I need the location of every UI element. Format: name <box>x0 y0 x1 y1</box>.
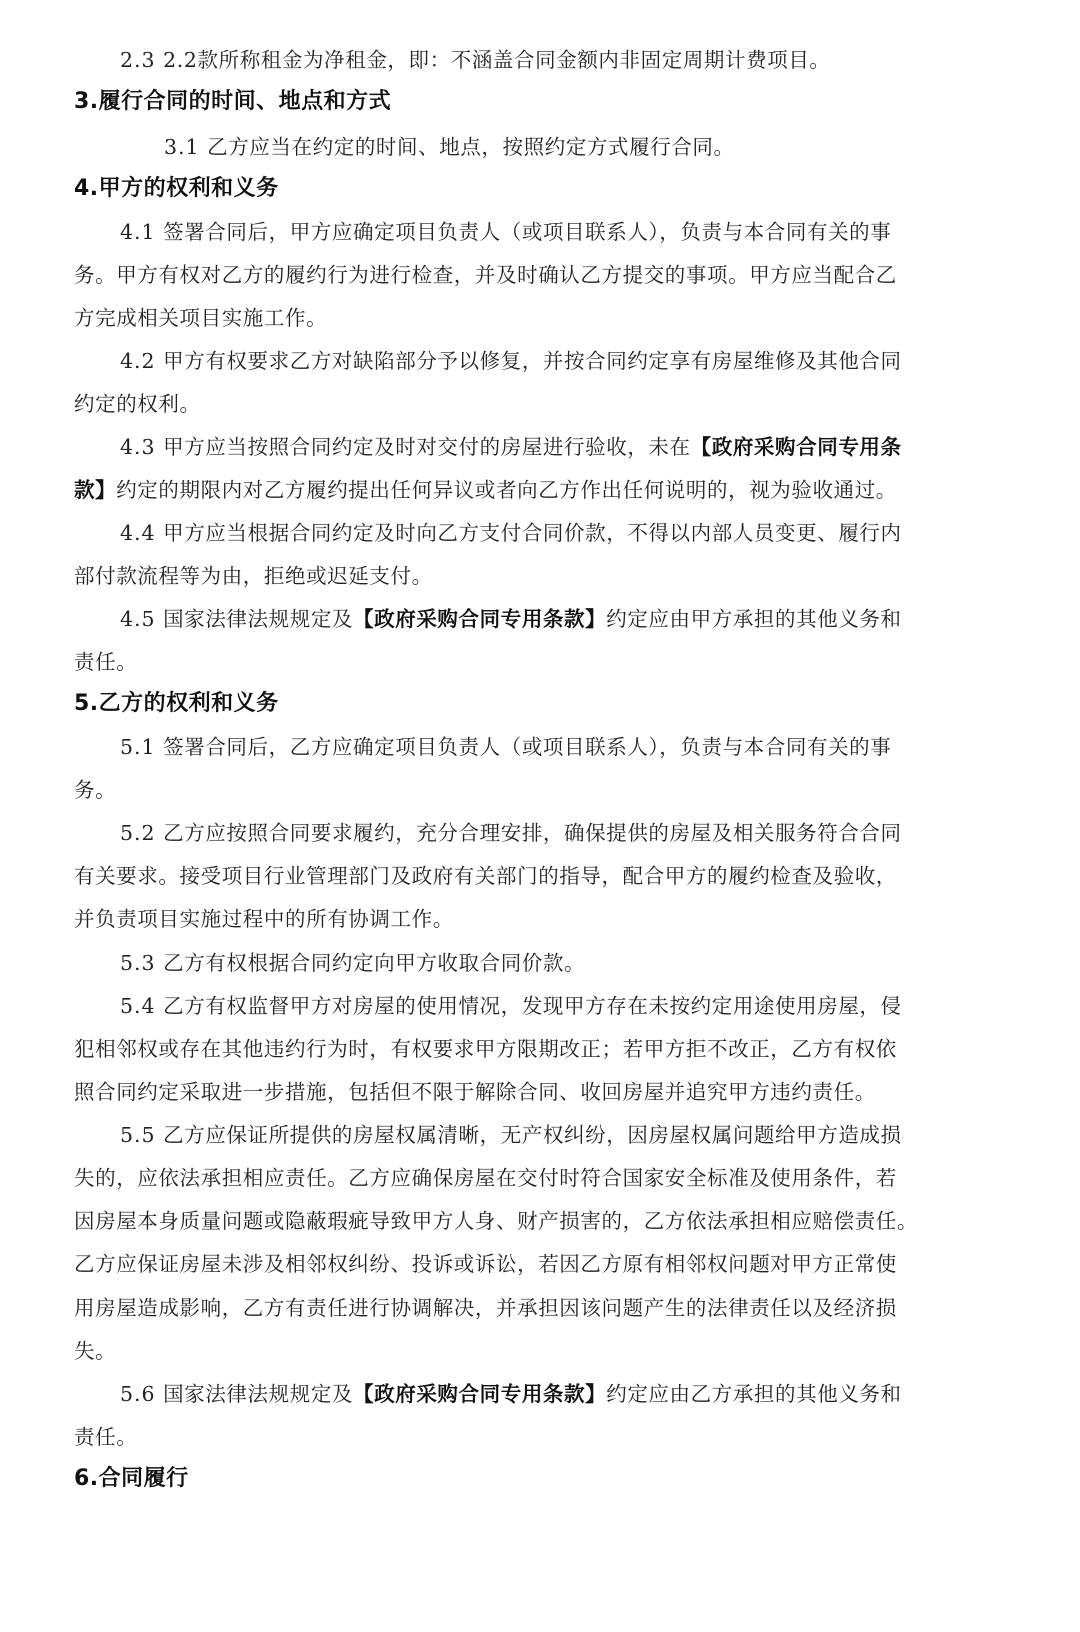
clause-5-5-cont: 乙方应保证房屋未涉及相邻权纠纷、投诉或诉讼，若因乙方原有相邻权问题对甲方正常使 <box>74 1250 897 1278</box>
clause-number: 5.3 <box>120 951 163 975</box>
clause-number: 4.4 <box>120 521 163 545</box>
section-heading-4: 4.甲方的权利和义务 <box>74 174 279 204</box>
clause-text: 约定应由乙方承担的其他义务和 <box>606 1382 901 1406</box>
clause-5-4-cont: 犯相邻权或存在其他违约行为时，有权要求甲方限期改正；若甲方拒不改正，乙方有权依 <box>74 1035 897 1063</box>
clause-2-3: 2.3 2.2款所称租金为净租金，即：不涵盖合同金额内非固定周期计费项目。 <box>120 46 831 74</box>
clause-4-1-cont: 方完成相关项目实施工作。 <box>74 304 327 332</box>
clause-5-5: 5.5 乙方应保证所提供的房屋权属清晰，无产权纠纷，因房屋权属问题给甲方造成损 <box>120 1121 902 1149</box>
clause-4-3-cont: 款】约定的期限内对乙方履约提出任何异议或者向乙方作出任何说明的，视为验收通过。 <box>74 476 897 504</box>
clause-4-2-cont: 约定的权利。 <box>74 390 201 418</box>
bold-reference: 款】 <box>74 478 116 502</box>
clause-text: 乙方应当在约定的时间、地点，按照约定方式履行合同。 <box>207 135 735 159</box>
clause-number: 4.5 <box>120 607 163 631</box>
clause-number: 5.5 <box>120 1123 163 1147</box>
clause-number: 4.3 <box>120 435 163 459</box>
clause-5-5-cont: 失。 <box>74 1337 116 1365</box>
clause-text: 约定应由甲方承担的其他义务和 <box>606 607 901 631</box>
clause-number: 5.1 <box>120 735 163 759</box>
clause-4-1-cont: 务。甲方有权对乙方的履约行为进行检查，并及时确认乙方提交的事项。甲方应当配合乙 <box>74 261 897 289</box>
clause-text: 甲方应当根据合同约定及时向乙方支付合同价款，不得以内部人员变更、履行内 <box>163 521 902 545</box>
clause-4-4: 4.4 甲方应当根据合同约定及时向乙方支付合同价款，不得以内部人员变更、履行内 <box>120 519 902 547</box>
clause-text: 国家法律法规规定及 <box>163 1382 353 1406</box>
clause-number: 2.3 <box>120 48 163 72</box>
clause-text: 签署合同后，甲方应确定项目负责人（或项目联系人），负责与本合同有关的事 <box>163 220 891 244</box>
clause-text: 乙方应保证所提供的房屋权属清晰，无产权纠纷，因房屋权属问题给甲方造成损 <box>163 1123 902 1147</box>
clause-text: 甲方应当按照合同约定及时对交付的房屋进行验收，未在 <box>163 435 691 459</box>
clause-4-5: 4.5 国家法律法规规定及【政府采购合同专用条款】约定应由甲方承担的其他义务和 <box>120 605 902 633</box>
clause-3-1: 3.1 乙方应当在约定的时间、地点，按照约定方式履行合同。 <box>164 133 735 161</box>
clause-text: 乙方应按照合同要求履约，充分合理安排，确保提供的房屋及相关服务符合合同 <box>163 821 902 845</box>
clause-number: 5.6 <box>120 1382 163 1406</box>
clause-4-4-cont: 部付款流程等为由，拒绝或迟延支付。 <box>74 562 433 590</box>
bold-reference: 【政府采购合同专用条 <box>691 435 902 459</box>
section-heading-5: 5.乙方的权利和义务 <box>74 689 279 719</box>
clause-5-3: 5.3 乙方有权根据合同约定向甲方收取合同价款。 <box>120 949 585 977</box>
clause-5-4: 5.4 乙方有权监督甲方对房屋的使用情况，发现甲方存在未按约定用途使用房屋，侵 <box>120 992 902 1020</box>
bold-reference: 【政府采购合同专用条款】 <box>353 1382 606 1406</box>
clause-5-5-cont: 失的，应依法承担相应责任。乙方应确保房屋在交付时符合国家安全标准及使用条件，若 <box>74 1164 897 1192</box>
clause-4-1: 4.1 签署合同后，甲方应确定项目负责人（或项目联系人），负责与本合同有关的事 <box>120 218 891 246</box>
clause-4-3: 4.3 甲方应当按照合同约定及时对交付的房屋进行验收，未在【政府采购合同专用条 <box>120 433 902 461</box>
clause-text: 约定的期限内对乙方履约提出任何异议或者向乙方作出任何说明的，视为验收通过。 <box>116 478 897 502</box>
clause-5-5-cont: 用房屋造成影响，乙方有责任进行协调解决，并承担因该问题产生的法律责任以及经济损 <box>74 1294 897 1322</box>
clause-5-2-cont: 有关要求。接受项目行业管理部门及政府有关部门的指导，配合甲方的履约检查及验收， <box>74 862 897 890</box>
clause-number: 3.1 <box>164 135 207 159</box>
clause-text: 国家法律法规规定及 <box>163 607 353 631</box>
clause-number: 5.4 <box>120 994 163 1018</box>
clause-5-5-cont: 因房屋本身质量问题或隐蔽瑕疵导致甲方人身、财产损害的，乙方依法承担相应赔偿责任。 <box>74 1207 918 1235</box>
clause-number: 5.2 <box>120 821 163 845</box>
clause-5-2: 5.2 乙方应按照合同要求履约，充分合理安排，确保提供的房屋及相关服务符合合同 <box>120 819 902 847</box>
clause-text: 签署合同后，乙方应确定项目负责人（或项目联系人），负责与本合同有关的事 <box>163 735 891 759</box>
clause-5-4-cont: 照合同约定采取进一步措施，包括但不限于解除合同、收回房屋并追究甲方违约责任。 <box>74 1078 876 1106</box>
clause-5-1-cont: 务。 <box>74 776 116 804</box>
clause-5-1: 5.1 签署合同后，乙方应确定项目负责人（或项目联系人），负责与本合同有关的事 <box>120 733 891 761</box>
clause-text: 2.2款所称租金为净租金，即：不涵盖合同金额内非固定周期计费项目。 <box>163 48 830 72</box>
clause-number: 4.1 <box>120 220 163 244</box>
clause-text: 乙方有权监督甲方对房屋的使用情况，发现甲方存在未按约定用途使用房屋，侵 <box>163 994 902 1018</box>
section-heading-6: 6.合同履行 <box>74 1464 189 1494</box>
clause-text: 甲方有权要求乙方对缺陷部分予以修复，并按合同约定享有房屋维修及其他合同 <box>163 349 902 373</box>
clause-5-6: 5.6 国家法律法规规定及【政府采购合同专用条款】约定应由乙方承担的其他义务和 <box>120 1380 902 1408</box>
clause-text: 乙方有权根据合同约定向甲方收取合同价款。 <box>163 951 585 975</box>
section-heading-3: 3.履行合同的时间、地点和方式 <box>74 87 391 117</box>
bold-reference: 【政府采购合同专用条款】 <box>353 607 606 631</box>
clause-number: 4.2 <box>120 349 163 373</box>
clause-4-2: 4.2 甲方有权要求乙方对缺陷部分予以修复，并按合同约定享有房屋维修及其他合同 <box>120 347 902 375</box>
clause-5-6-cont: 责任。 <box>74 1423 137 1451</box>
clause-5-2-cont: 并负责项目实施过程中的所有协调工作。 <box>74 905 454 933</box>
clause-4-5-cont: 责任。 <box>74 648 137 676</box>
